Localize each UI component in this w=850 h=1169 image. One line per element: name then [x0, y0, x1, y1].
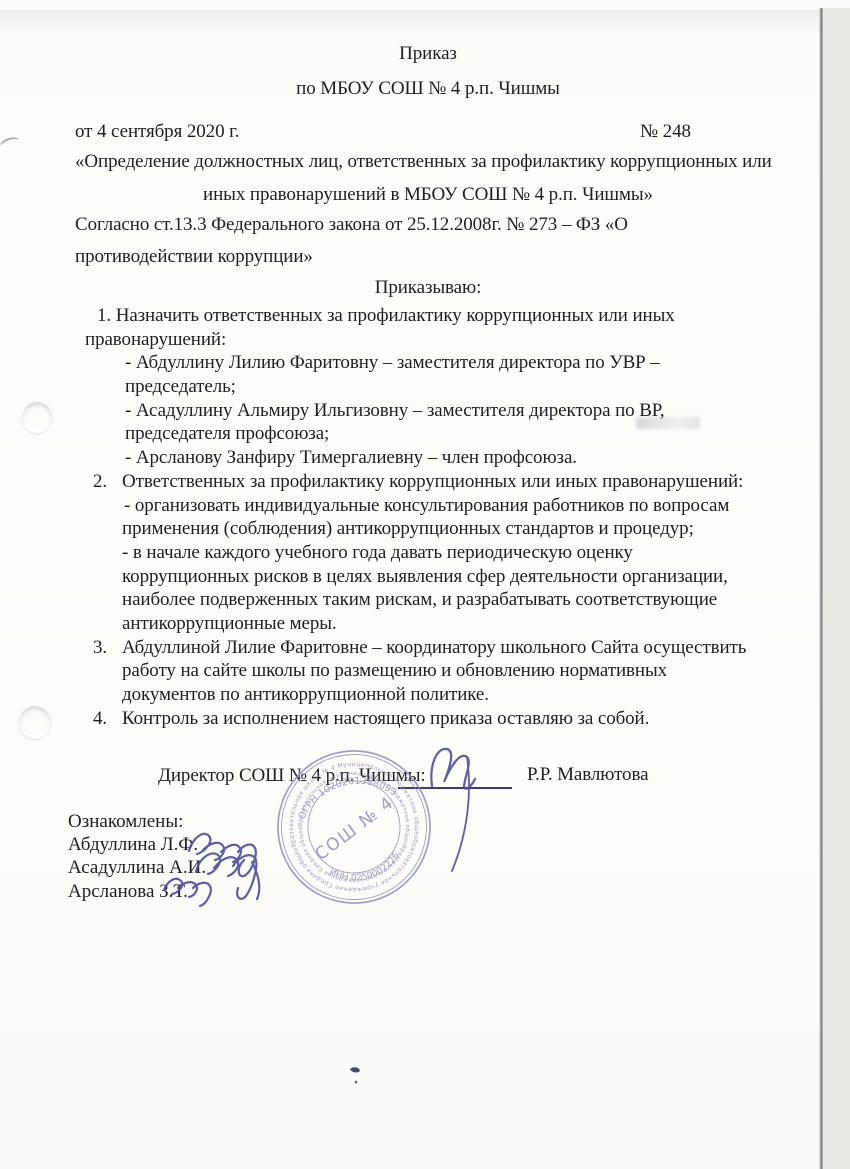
basis-line: Согласно ст.13.3 Федерального закона от …: [75, 213, 628, 236]
order-text-line: 2. Ответственных за профилактику коррупц…: [60, 471, 820, 495]
scan-corner-smudge: [0, 135, 21, 152]
order-item-number: 4.: [93, 708, 107, 730]
order-text-line: антикоррупционные меры.: [60, 613, 820, 637]
svg-text:ИНН 0250002226: ИНН 0250002226: [325, 849, 406, 891]
order-text-line: 4. Контроль за исполнением настоящего пр…: [60, 708, 820, 732]
acknowledgement-block: Ознакомлены: Абдуллина Л.Ф. Асадуллина А…: [68, 811, 206, 904]
order-item-text: Абдуллиной Лилие Фаритовне – координатор…: [122, 637, 746, 658]
org-line: по МБОУ СОШ № 4 р.п. Чишмы: [38, 77, 818, 100]
order-text-line: применения (соблюдения) антикоррупционны…: [60, 518, 820, 542]
acknowledged-name: Асадуллина А.И.: [68, 857, 206, 880]
order-text-line: 1. Назначить ответственных за профилакти…: [60, 305, 820, 329]
scan-shadow-top: [0, 10, 822, 34]
order-text-line: документов по антикоррупционной политике…: [60, 684, 820, 708]
order-number: № 248: [640, 120, 691, 143]
hole-punch: [19, 706, 51, 739]
order-item-text: Контроль за исполнением настоящего прика…: [122, 708, 649, 729]
document-title: Приказ: [38, 42, 818, 65]
order-item-text: Ответственных за профилактику коррупцион…: [122, 471, 743, 492]
date-line: от 4 сентября 2020 г.: [75, 120, 239, 143]
order-text-line: наиболее подверженных таким рискам, и ра…: [60, 589, 820, 613]
acknowledged-name: Арсланова З.Т.: [68, 881, 206, 904]
order-text-line: - в начале каждого учебного года давать …: [60, 542, 820, 566]
order-text-line: работу на сайте школы по размещению и об…: [60, 660, 820, 684]
order-keyword: Приказываю:: [38, 276, 818, 299]
order-body: 1. Назначить ответственных за профилакти…: [60, 305, 820, 731]
order-text-line: - организовать индивидуальные консультир…: [60, 495, 820, 519]
acknowledged-label: Ознакомлены:: [68, 811, 206, 834]
ink-speck: [350, 1067, 360, 1083]
order-text-line: председателя профсоюза;: [60, 423, 820, 447]
subject-line: «Определение должностных лиц, ответствен…: [75, 150, 772, 173]
order-item-number: 2.: [93, 471, 107, 493]
order-text-line: - Абдуллину Лилию Фаритовну – заместител…: [60, 352, 820, 376]
order-item-number: 3.: [93, 637, 107, 659]
director-label: Директор СОШ № 4 р.п. Чишмы:: [158, 764, 426, 787]
order-text-line: - Арсланову Занфиру Тимергалиевну – член…: [60, 447, 820, 471]
order-text-line: правонарушений:: [60, 329, 820, 353]
order-text-line: коррупционных рисков в целях выявления с…: [60, 566, 820, 590]
stamp-center-text: СОШ № 4: [312, 793, 398, 865]
hole-punch: [22, 402, 52, 433]
scan-background-strip: [822, 8, 850, 1169]
order-text-line: председатель;: [60, 376, 820, 400]
stamp-inn-text: ИНН 0250002226: [325, 849, 406, 891]
order-text-line: - Асадуллину Альмиру Ильгизовну – замест…: [60, 400, 820, 424]
subject-line: иных правонарушений в МБОУ СОШ № 4 р.п. …: [38, 183, 818, 206]
director-signature: [431, 749, 475, 871]
order-text-line: 3. Абдуллиной Лилие Фаритовне – координа…: [60, 637, 820, 661]
basis-line: противодействии коррупции»: [75, 245, 313, 268]
director-name: Р.Р. Мавлютова: [527, 763, 648, 786]
scanned-order-page: Приказ по МБОУ СОШ № 4 р.п. Чишмы от 4 с…: [0, 0, 850, 1169]
signature-line: [398, 787, 512, 789]
acknowledged-name: Абдуллина Л.Ф.: [68, 834, 206, 857]
